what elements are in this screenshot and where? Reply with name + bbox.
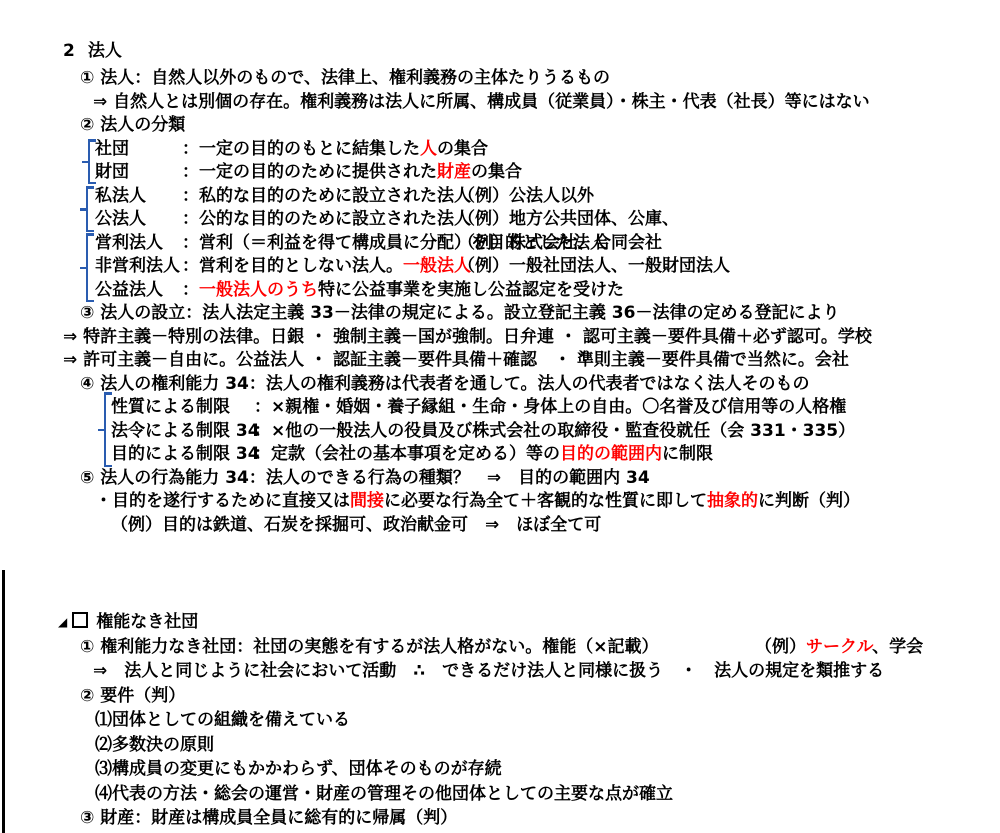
text-line: ④ 法人の権利能力 34：法人の権利義務は代表者を通して。法人の代表者ではなく法…	[0, 373, 1000, 397]
text-segment: ⑶構成員の変更にもかかわらず、団体そのものが存続	[95, 759, 502, 779]
text-line: ⇒ 特許主義－特別の法律。日銀 ・ 強制主義－国が強制。日弁連 ・ 認可主義－要…	[0, 326, 1000, 350]
section2-lines: ① 権利能力なき社団：社団の実態を有するが法人格がない。権能（×記載）（例）サー…	[0, 635, 1000, 831]
text-line: 社団：一定の目的のもとに結集した人の集合	[0, 138, 1000, 162]
text-segment: ⇒ 法人と同じように社会において活動 ∴ できるだけ法人と同様に扱う ・ 法人の…	[93, 661, 884, 681]
section2-header: ◢権能なき社団	[0, 610, 1000, 635]
text-segment: ① 法人：自然人以外のもので、法律上、権利義務の主体たりうるもの	[80, 68, 610, 88]
row-label: 性質による制限	[111, 396, 254, 420]
example-note: （例）株式会社、合同会社	[458, 232, 662, 256]
row-label: 私法人	[95, 185, 182, 209]
checkbox-icon[interactable]	[72, 612, 88, 628]
text-segment: ⇒ 許可主義－自由に。公益法人 ・ 認証主義－要件具備＋確認 ・ 準則主義－要件…	[63, 350, 849, 370]
row-label: 非営利法人	[95, 255, 182, 279]
text-segment: ⇒ 特許主義－特別の法律。日銀 ・ 強制主義－国が強制。日弁連 ・ 認可主義－要…	[63, 327, 872, 347]
text-line: ⑤ 法人の行為能力 34：法人のできる行為の種類？ ⇒ 目的の範囲内 34	[0, 467, 1000, 491]
red-emphasis-text: 間接	[350, 491, 384, 511]
text-line: ② 要件（判）	[0, 684, 1000, 709]
text-segment: ：	[182, 280, 199, 300]
text-segment: ：×親権・婚姻・養子縁組・生命・身体上の自由。〇名誉及び信用等の人格権	[254, 397, 846, 417]
text-line: 財団：一定の目的のために提供された財産の集合	[0, 161, 1000, 185]
brace-shadan-zaidan	[88, 139, 97, 184]
text-line: 目的による制限 34：定款（会社の基本事項を定める）等の目的の範囲内に制限	[0, 443, 1000, 467]
text-line: ① 法人：自然人以外のもので、法律上、権利義務の主体たりうるもの	[0, 67, 1000, 91]
text-segment: （例）株式会社、合同会社	[458, 233, 662, 253]
text-segment: （例）一般社団法人、一般財団法人	[458, 256, 730, 276]
red-emphasis-text: サークル	[806, 637, 872, 657]
text-segment: （例）	[755, 637, 806, 657]
example-note: （例）サークル、学会	[755, 635, 923, 660]
brace-shihoujin-kouhoujin	[86, 186, 95, 232]
brace-mid-tick	[98, 429, 104, 432]
brace-mid-tick	[80, 208, 86, 211]
section1-lines: ① 法人：自然人以外のもので、法律上、権利義務の主体たりうるもの⇒ 自然人とは別…	[0, 67, 1000, 537]
text-segment: ③ 財産：財産は構成員全員に総有的に帰属（判）	[80, 808, 457, 828]
text-line: 公法人：公的な目的のために設立された法人（例）地方公共団体、公庫、	[0, 208, 1000, 232]
text-segment: の集合	[471, 162, 522, 182]
text-segment: ⑤ 法人の行為能力 34：法人のできる行為の種類？ ⇒ 目的の範囲内 34	[80, 468, 650, 488]
text-line: 法令による制限 34：×他の一般法人の役員及び株式会社の取締役・監査役就任（会 …	[0, 420, 1000, 444]
brace-kenrinouryoku-limits	[104, 392, 113, 467]
row-label: 営利法人	[95, 232, 182, 256]
text-line: ⇒ 許可主義－自由に。公益法人 ・ 認証主義－要件具備＋確認 ・ 準則主義－要件…	[0, 349, 1000, 373]
text-segment: ：一定の目的のもとに結集した	[182, 139, 420, 159]
row-label: 公法人	[95, 208, 182, 232]
row-label: 社団	[95, 138, 182, 162]
text-segment: ② 法人の分類	[80, 115, 185, 135]
text-line: ⑷代表の方法・総会の運営・財産の管理その他団体としての主要な点が確立	[0, 782, 1000, 807]
text-segment: ① 権利能力なき社団：社団の実態を有するが法人格がない。権能（×記載）	[80, 637, 659, 657]
text-line: ⑴団体としての組織を備えている	[0, 708, 1000, 733]
text-line: （例）目的は鉄道、石炭を採掘可、政治献金可 ⇒ ほぼ全て可	[0, 514, 1000, 538]
page-title: 2法人	[0, 40, 1000, 63]
text-line: ② 法人の分類	[0, 114, 1000, 138]
brace-eirihoujin-group	[86, 233, 95, 302]
text-line: 非営利法人：営利を目的としない法人。一般法人（例）一般社団法人、一般財団法人	[0, 255, 1000, 279]
text-segment: ：公的な目的のために設立された法人	[182, 209, 471, 229]
text-segment: ：一定の目的のために提供された	[182, 162, 437, 182]
text-segment: ⑷代表の方法・総会の運営・財産の管理その他団体としての主要な点が確立	[95, 784, 673, 804]
row-label: 公益法人	[95, 279, 182, 303]
text-line: ⇒ 自然人とは別個の存在。権利義務は法人に所属、構成員（従業員）・株主・代表（社…	[0, 91, 1000, 115]
red-emphasis-text: 一般法人のうち	[199, 280, 318, 300]
text-segment: ：営利を目的としない法人。	[182, 256, 403, 276]
text-segment: ④ 法人の権利能力 34：法人の権利義務は代表者を通して。法人の代表者ではなく法…	[80, 374, 810, 394]
section-number: 2	[63, 40, 75, 63]
text-segment: に制限	[662, 444, 713, 464]
section-kennou-naki-shadan: ◢権能なき社団 ① 権利能力なき社団：社団の実態を有するが法人格がない。権能（×…	[0, 610, 1000, 831]
text-line: 公益法人：一般法人のうち特に公益事業を実施し公益認定を受けた	[0, 279, 1000, 303]
text-segment: （例）地方公共団体、公庫、	[458, 209, 679, 229]
red-emphasis-text: 人	[420, 139, 437, 159]
text-line: ① 権利能力なき社団：社団の実態を有するが法人格がない。権能（×記載）（例）サー…	[0, 635, 1000, 660]
text-segment: に必要な行為全て＋客観的な性質に即して	[384, 491, 707, 511]
example-note: （例）地方公共団体、公庫、	[458, 208, 679, 232]
text-segment: ：定款（会社の基本事項を定める）等の	[254, 444, 560, 464]
row-label: 目的による制限 34	[111, 443, 254, 467]
text-segment: ：私的な目的のために設立された法人	[182, 186, 471, 206]
section-title-text: 法人	[88, 41, 122, 61]
text-line: ⇒ 法人と同じように社会において活動 ∴ できるだけ法人と同様に扱う ・ 法人の…	[0, 659, 1000, 684]
text-line: 性質による制限：×親権・婚姻・養子縁組・生命・身体上の自由。〇名誉及び信用等の人…	[0, 396, 1000, 420]
brace-mid-tick	[80, 267, 86, 270]
row-label: 法令による制限 34	[111, 420, 254, 444]
text-segment: ：×他の一般法人の役員及び株式会社の取締役・監査役就任（会 331・335）	[254, 421, 855, 441]
red-emphasis-text: 抽象的	[707, 491, 758, 511]
text-line: ③ 財産：財産は構成員全員に総有的に帰属（判）	[0, 806, 1000, 831]
text-segment: ・目的を遂行するために直接又は	[95, 491, 350, 511]
red-emphasis-text: 目的の範囲内	[560, 444, 662, 464]
red-emphasis-text: 財産	[437, 162, 471, 182]
text-segment: の集合	[437, 139, 488, 159]
text-segment: ② 要件（判）	[80, 686, 185, 706]
text-segment: 、学会	[872, 637, 923, 657]
text-segment: ⑴団体としての組織を備えている	[95, 710, 350, 730]
text-segment: （例）公法人以外	[458, 186, 594, 206]
text-line: 私法人：私的な目的のために設立された法人（例）公法人以外	[0, 185, 1000, 209]
brace-mid-tick	[82, 161, 88, 164]
text-segment: ③ 法人の設立：法人法定主義 33－法律の規定による。設立登記主義 36－法律の…	[80, 303, 839, 323]
outline-expand-triangle-icon[interactable]: ◢	[58, 610, 67, 635]
section-houjin: 2法人 ① 法人：自然人以外のもので、法律上、権利義務の主体たりうるもの⇒ 自然…	[0, 40, 1000, 537]
example-note: （例）公法人以外	[458, 185, 594, 209]
text-segment: ⑵多数決の原則	[95, 735, 214, 755]
example-note: （例）一般社団法人、一般財団法人	[458, 255, 730, 279]
text-line: ③ 法人の設立：法人法定主義 33－法律の規定による。設立登記主義 36－法律の…	[0, 302, 1000, 326]
text-line: 営利法人：営利（＝利益を得て構成員に分配）を目的とした法人（例）株式会社、合同会…	[0, 232, 1000, 256]
text-segment: 特に公益事業を実施し公益認定を受けた	[318, 280, 624, 300]
text-segment: ⇒ 自然人とは別個の存在。権利義務は法人に所属、構成員（従業員）・株主・代表（社…	[93, 92, 870, 112]
section2-title-text: 権能なき社団	[96, 612, 198, 632]
text-segment: に判断（判）	[758, 491, 860, 511]
text-line: ⑶構成員の変更にもかかわらず、団体そのものが存続	[0, 757, 1000, 782]
text-segment: （例）目的は鉄道、石炭を採掘可、政治献金可 ⇒ ほぼ全て可	[111, 515, 601, 535]
row-label: 財団	[95, 161, 182, 185]
text-line: ・目的を遂行するために直接又は間接に必要な行為全て＋客観的な性質に即して抽象的に…	[0, 490, 1000, 514]
text-line: ⑵多数決の原則	[0, 733, 1000, 758]
